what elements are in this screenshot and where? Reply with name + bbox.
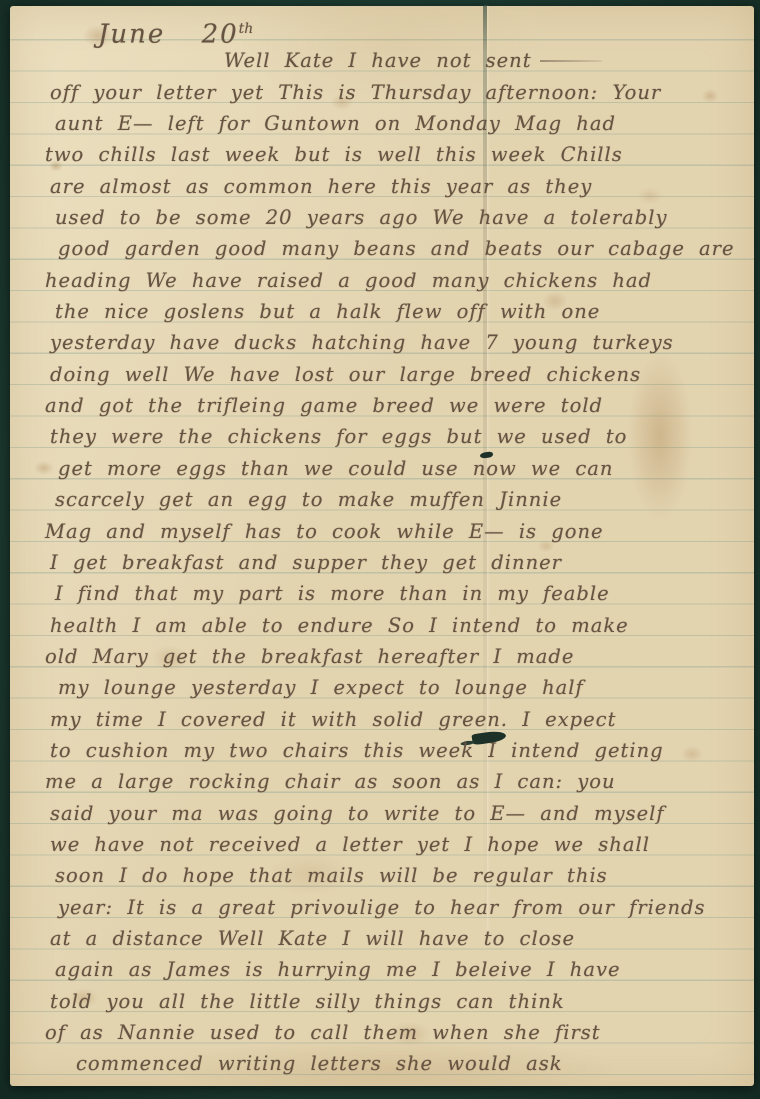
letter-line: of as Nannie used to call them when she … — [45, 1017, 750, 1048]
photo-mat: June 20th Well Kate I have not sent off … — [0, 0, 760, 1099]
letter-line: said your ma was going to write to E— an… — [50, 798, 750, 829]
letter-line: old Mary get the breakfast hereafter I m… — [45, 641, 750, 672]
letter-line: my lounge yesterday I expect to lounge h… — [58, 672, 750, 703]
letter-line: again as James is hurrying me I beleive … — [55, 954, 750, 985]
letter-line: me a large rocking chair as soon as I ca… — [45, 766, 750, 797]
letter-line: Well Kate I have not sent — [224, 45, 750, 76]
letter-line: heading We have raised a good many chick… — [45, 265, 750, 296]
letter-line: good garden good many beans and beats ou… — [58, 233, 750, 264]
letter-line: aunt E— left for Guntown on Monday Mag h… — [55, 108, 750, 139]
letter-line: are almost as common here this year as t… — [50, 171, 750, 202]
letter-line: commenced writing letters she would ask — [76, 1048, 750, 1079]
letter-line: Mag and myself has to cook while E— is g… — [45, 516, 750, 547]
letter-line: I find that my part is more than in my f… — [55, 578, 750, 609]
letter-line: the nice goslens but a halk flew off wit… — [55, 296, 750, 327]
letter-line: soon I do hope that mails will be regula… — [55, 860, 750, 891]
letter-line: to cushion my two chairs this week I int… — [50, 735, 750, 766]
date-text: June 20 — [98, 20, 239, 50]
letter-line: get more eggs than we could use now we c… — [58, 453, 750, 484]
letter-line: year: It is a great privoulige to hear f… — [58, 892, 750, 923]
letter-line: scarcely get an egg to make muffen Jinni… — [55, 484, 750, 515]
letter-line: off your letter yet This is Thursday aft… — [50, 77, 750, 108]
letter-page: June 20th Well Kate I have not sent off … — [10, 6, 754, 1086]
letter-line: and got the trifleing game breed we were… — [45, 390, 750, 421]
letter-line: we have not received a letter yet I hope… — [50, 829, 750, 860]
letter-line: health I am able to endure So I intend t… — [50, 610, 750, 641]
letter-line: doing well We have lost our large breed … — [50, 359, 750, 390]
letter-line: two chills last week but is well this we… — [45, 139, 750, 170]
letter-line: used to be some 20 years ago We have a t… — [55, 202, 750, 233]
letter-line: I get breakfast and supper they get dinn… — [50, 547, 750, 578]
letter-line: yesterday have ducks hatching have 7 you… — [50, 327, 750, 358]
letter-line: told you all the little silly things can… — [50, 986, 750, 1017]
letter-lines: Well Kate I have not sent off your lette… — [28, 45, 750, 1079]
letter-content: June 20th Well Kate I have not sent off … — [28, 14, 750, 1086]
letter-line: they were the chickens for eggs but we u… — [50, 421, 750, 452]
letter-line: at a distance Well Kate I will have to c… — [50, 923, 750, 954]
date-superscript: th — [239, 21, 254, 37]
letter-line: my time I covered it with solid green. I… — [50, 704, 750, 735]
date-line: June 20th — [98, 14, 750, 45]
